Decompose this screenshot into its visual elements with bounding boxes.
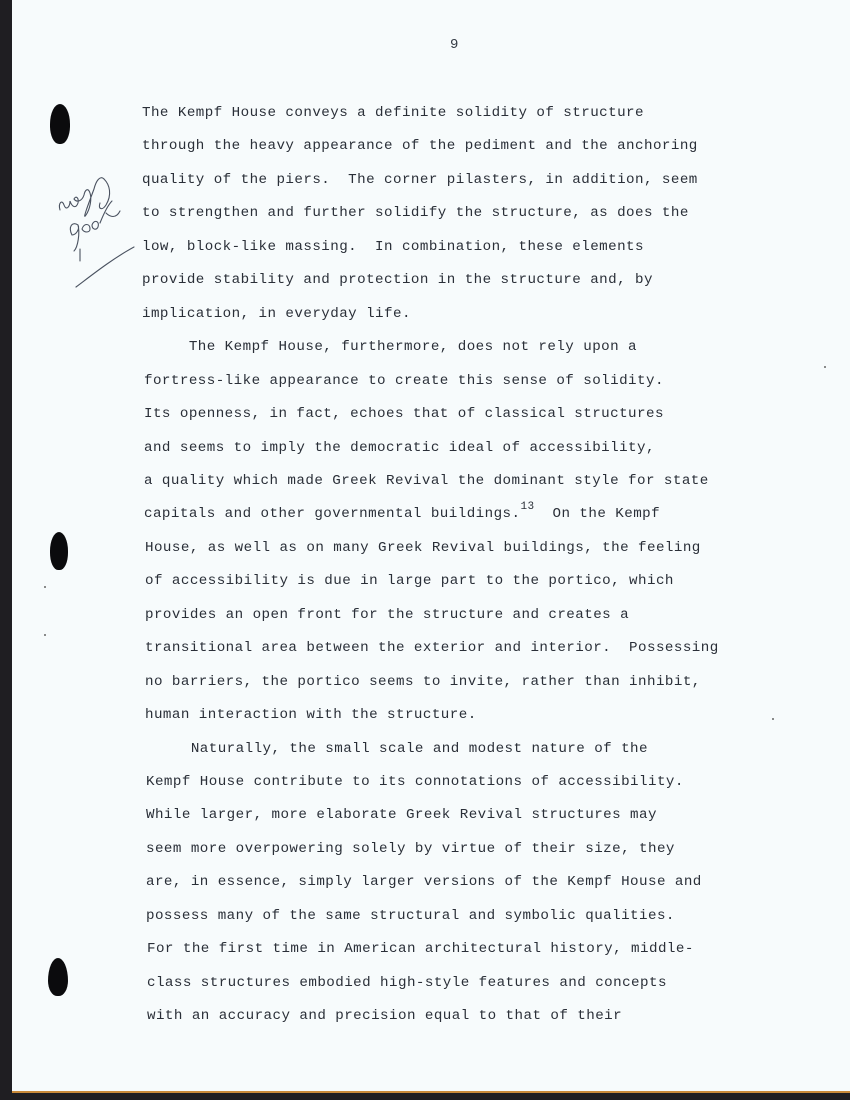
speck (44, 586, 46, 588)
line-text: House, as well as on many Greek Revival … (145, 540, 701, 556)
text-line: no barriers, the portico seems to invite… (145, 675, 701, 689)
line-text: On the Kempf (535, 506, 661, 522)
line-text: While larger, more elaborate Greek Reviv… (146, 807, 657, 823)
line-text: and seems to imply the democratic ideal … (144, 440, 655, 456)
speck (772, 718, 774, 720)
text-line: through the heavy appearance of the pedi… (142, 139, 698, 153)
punch-hole-top (50, 104, 70, 144)
line-text: to strengthen and further solidify the s… (142, 205, 689, 221)
text-line: provides an open front for the structure… (145, 608, 629, 622)
text-line: a quality which made Greek Revival the d… (144, 474, 709, 488)
line-text: seem more overpowering solely by virtue … (146, 841, 675, 857)
punch-hole-bottom (48, 958, 68, 996)
text-line: to strengthen and further solidify the s… (142, 206, 689, 220)
footnote-marker: 13 (520, 501, 534, 513)
text-line: While larger, more elaborate Greek Reviv… (146, 808, 657, 822)
text-line: The Kempf House, furthermore, does not r… (144, 340, 637, 354)
text-line: Naturally, the small scale and modest na… (146, 742, 648, 756)
line-text: are, in essence, simply larger versions … (146, 874, 702, 890)
line-text: capitals and other governmental building… (144, 506, 520, 522)
line-text: quality of the piers. The corner pilaste… (142, 172, 698, 188)
speck (824, 366, 826, 368)
line-text: fortress-like appearance to create this … (144, 373, 664, 389)
line-text: For the first time in American architect… (147, 941, 694, 957)
line-text: provide stability and protection in the … (142, 272, 653, 288)
line-text: low, block-like massing. In combination,… (142, 239, 644, 255)
line-text: Naturally, the small scale and modest na… (146, 741, 648, 757)
text-line: human interaction with the structure. (145, 708, 477, 722)
line-text: through the heavy appearance of the pedi… (142, 138, 698, 154)
speck (44, 634, 46, 636)
line-text: of accessibility is due in large part to… (145, 573, 674, 589)
line-text: a quality which made Greek Revival the d… (144, 473, 709, 489)
text-line: and seems to imply the democratic ideal … (144, 441, 655, 455)
text-line: with an accuracy and precision equal to … (147, 1009, 622, 1023)
punch-hole-middle (50, 532, 68, 570)
page-number: 9 (450, 37, 458, 53)
line-text: no barriers, the portico seems to invite… (145, 674, 701, 690)
line-text: with an accuracy and precision equal to … (147, 1008, 622, 1024)
line-text: class structures embodied high-style fea… (147, 975, 667, 991)
text-line: possess many of the same structural and … (146, 909, 675, 923)
line-text: human interaction with the structure. (145, 707, 477, 723)
page-edge (12, 1091, 850, 1093)
text-line: class structures embodied high-style fea… (147, 976, 667, 990)
text-line: of accessibility is due in large part to… (145, 574, 674, 588)
line-text: possess many of the same structural and … (146, 908, 675, 924)
text-line: House, as well as on many Greek Revival … (145, 541, 701, 555)
document-page: 9 The Kempf House conveys a definite sol… (12, 0, 850, 1092)
text-line: Kempf House contribute to its connotatio… (146, 775, 684, 789)
line-text: The Kempf House conveys a definite solid… (142, 105, 644, 121)
text-line: transitional area between the exterior a… (145, 641, 719, 655)
text-line: For the first time in American architect… (147, 942, 694, 956)
text-line: capitals and other governmental building… (144, 507, 660, 521)
text-line: provide stability and protection in the … (142, 273, 653, 287)
line-text: transitional area between the exterior a… (145, 640, 719, 656)
text-line: The Kempf House conveys a definite solid… (142, 106, 644, 120)
text-line: fortress-like appearance to create this … (144, 374, 664, 388)
text-line: implication, in everyday life. (142, 307, 411, 321)
line-text: Kempf House contribute to its connotatio… (146, 774, 684, 790)
line-text: implication, in everyday life. (142, 306, 411, 322)
text-line: low, block-like massing. In combination,… (142, 240, 644, 254)
line-text: The Kempf House, furthermore, does not r… (144, 339, 637, 355)
text-line: quality of the piers. The corner pilaste… (142, 173, 698, 187)
line-text: provides an open front for the structure… (145, 607, 629, 623)
handwritten-margin-note (52, 165, 142, 295)
line-text: Its openness, in fact, echoes that of cl… (144, 406, 664, 422)
text-line: are, in essence, simply larger versions … (146, 875, 702, 889)
text-line: seem more overpowering solely by virtue … (146, 842, 675, 856)
text-line: Its openness, in fact, echoes that of cl… (144, 407, 664, 421)
